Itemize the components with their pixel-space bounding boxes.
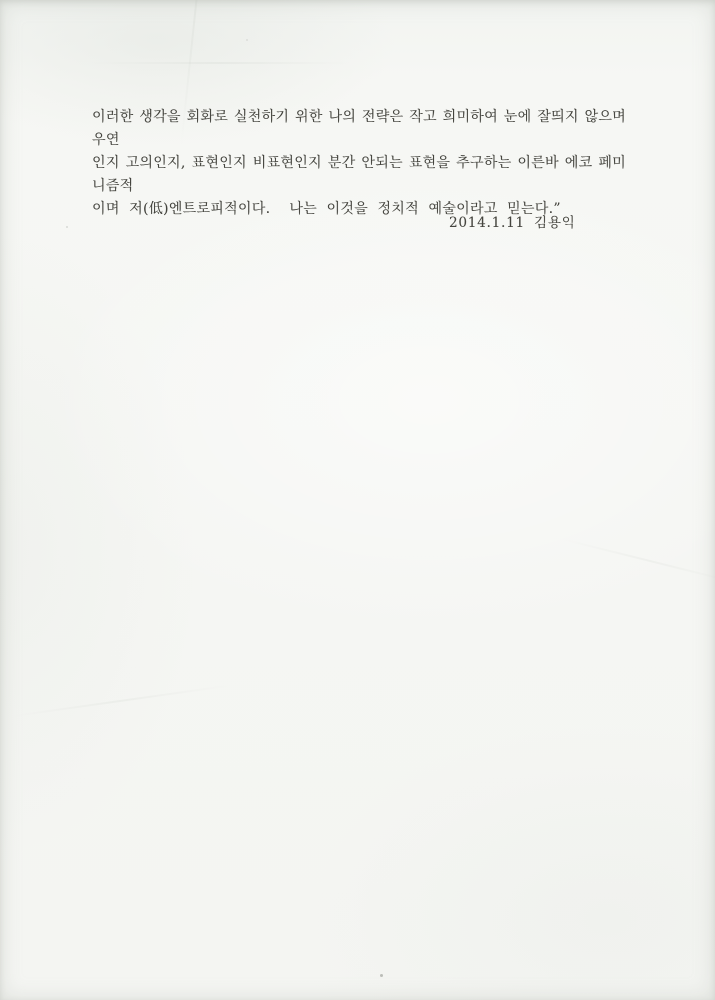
- date-signature: 2014.1.11 김용익: [449, 211, 576, 231]
- paper-crease: [90, 62, 350, 64]
- statement-line: 이러한 생각을 회화로 실천하기 위한 나의 전략은 작고 희미하여 눈에 잘띄…: [92, 106, 626, 152]
- paper-crease: [11, 685, 229, 718]
- artist-statement-paragraph: 이러한 생각을 회화로 실천하기 위한 나의 전략은 작고 희미하여 눈에 잘띄…: [92, 106, 626, 221]
- statement-line: 인지 고의인지, 표현인지 비표현인지 분간 안되는 표현을 추구하는 이른바 …: [92, 152, 626, 198]
- paper-crease: [562, 538, 715, 583]
- paper-speck: [66, 226, 68, 228]
- paper-speck: [380, 974, 383, 977]
- scanned-document-page: 이러한 생각을 회화로 실천하기 위한 나의 전략은 작고 희미하여 눈에 잘띄…: [0, 0, 715, 1000]
- paper-speck: [246, 39, 248, 41]
